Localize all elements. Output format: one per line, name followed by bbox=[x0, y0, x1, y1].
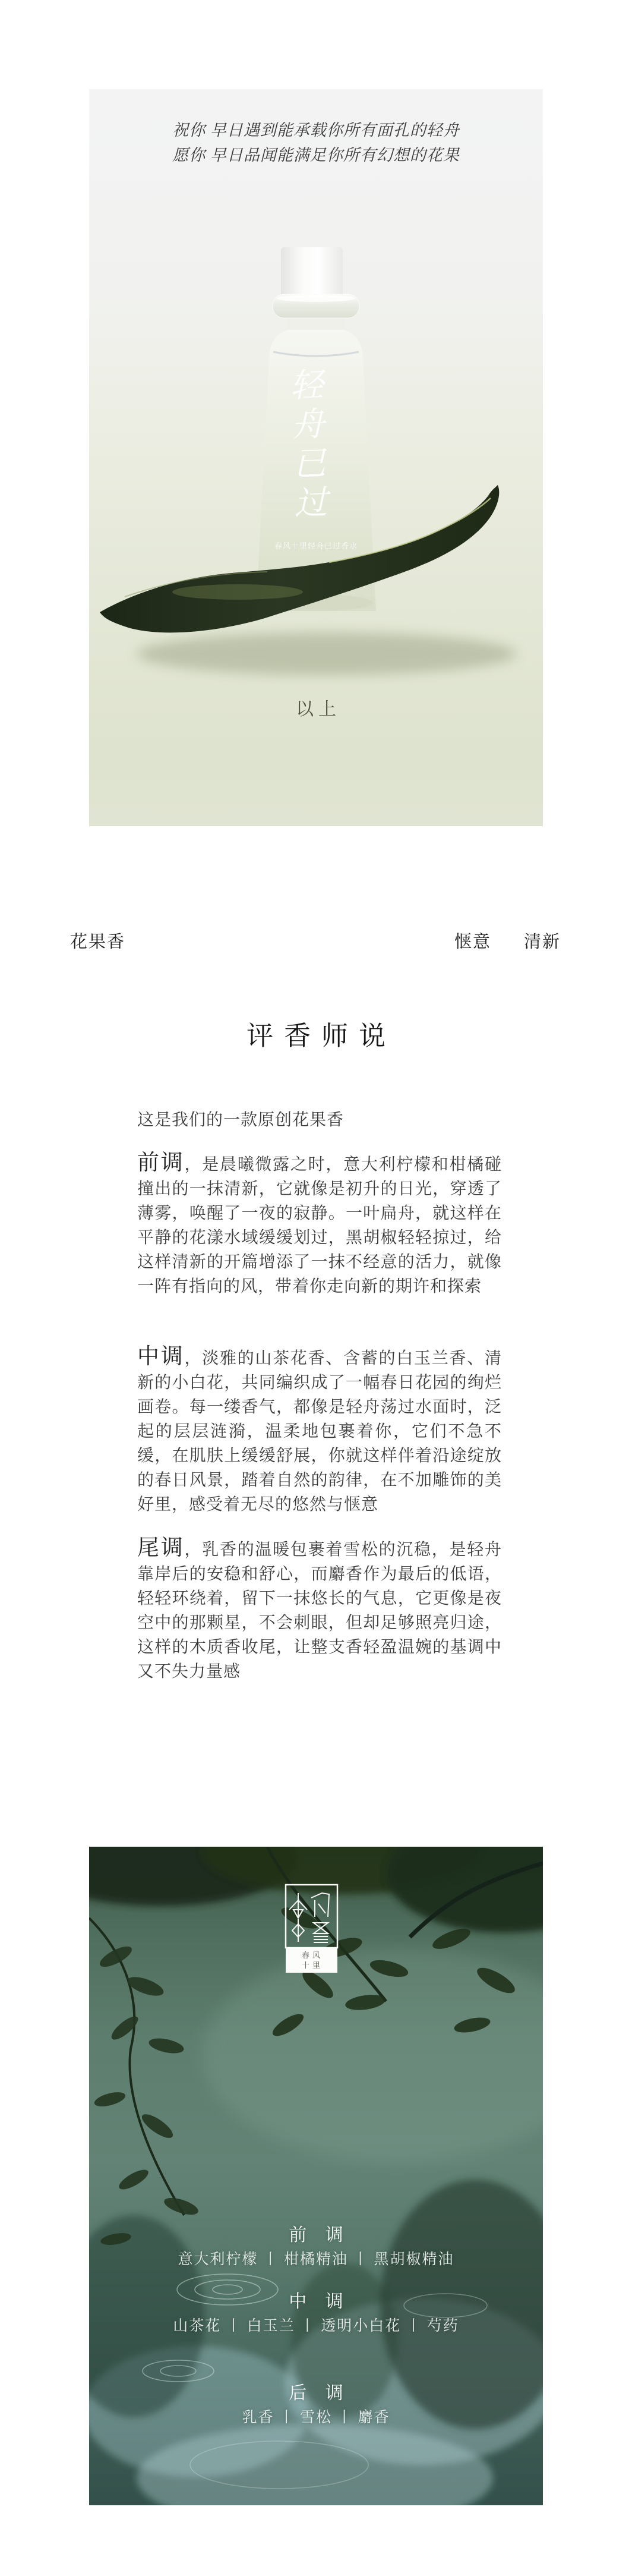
paragraph-top-note: 前调，是晨曦微露之时，意大利柠檬和柑橘碰撞出的一抹清新，它就像是初升的日光，穿透… bbox=[137, 1151, 502, 1299]
hero-product-photo: 祝你 早日遇到能承载你所有面孔的轻舟 愿你 早日品闻能满足你所有幻想的花果 bbox=[89, 89, 543, 826]
top-note-lead: 前调 bbox=[137, 1151, 184, 1175]
top-notes-title: 前 调 bbox=[89, 2220, 543, 2246]
middle-note-text: ，淡雅的山茶花香、含蓄的白玉兰香、清新的小白花，共同编织成了一幅春日花园的绚烂画… bbox=[137, 1349, 502, 1514]
section-title-perfumer-says: 评香师说 bbox=[0, 1014, 632, 1053]
mood-label-2: 清新 bbox=[524, 928, 561, 953]
mood-label-1: 惬意 bbox=[454, 928, 491, 953]
top-notes-items: 意大利柠檬 丨 柑橘精油 丨 黑胡椒精油 bbox=[89, 2247, 543, 2269]
middle-notes-title: 中 调 bbox=[89, 2287, 543, 2313]
review-intro: 这是我们的一款原创花果香 bbox=[137, 1107, 344, 1130]
product-detail-page: 祝你 早日遇到能承载你所有面孔的轻舟 愿你 早日品闻能满足你所有幻想的花果 bbox=[0, 0, 632, 2576]
base-notes-title: 后 调 bbox=[89, 2378, 543, 2404]
hero-tagline: 以上 bbox=[89, 694, 543, 720]
paragraph-base-note: 尾调，乳香的温暖包裹着雪松的沉稳，是轻舟靠岸后的安稳和舒心，而麝香作为最后的低语… bbox=[137, 1536, 502, 1684]
notes-water-photo: 春风 十里 前 调 意大利柠檬 丨 柑橘精油 丨 黑胡椒精油 中 调 山茶花 丨… bbox=[89, 1847, 543, 2505]
bottle-calligraphy: 轻舟已过 bbox=[285, 367, 327, 564]
middle-note-lead: 中调 bbox=[137, 1344, 184, 1369]
scent-family-label: 花果香 bbox=[70, 928, 125, 953]
middle-notes-items: 山茶花 丨 白玉兰 丨 透明小白花 丨 芍药 bbox=[89, 2314, 543, 2335]
leaf-shadow bbox=[137, 632, 517, 675]
logo-label-line-1: 春风 bbox=[302, 1951, 323, 1960]
logo-label-line-2: 十里 bbox=[302, 1961, 323, 1970]
bottle-caption-text: 春风十里轻舟已过香水 bbox=[245, 540, 387, 551]
top-note-text: ，是晨曦微露之时，意大利柠檬和柑橘碰撞出的一抹清新，它就像是初升的日光，穿透了薄… bbox=[137, 1155, 502, 1296]
base-notes-items: 乳香 丨 雪松 丨 麝香 bbox=[89, 2405, 543, 2427]
base-note-text: ，乳香的温暖包裹着雪松的沉稳，是轻舟靠岸后的安稳和舒心，而麝香作为最后的低语，轻… bbox=[137, 1541, 502, 1681]
paragraph-middle-note: 中调，淡雅的山茶花香、含蓄的白玉兰香、清新的小白花，共同编织成了一幅春日花园的绚… bbox=[137, 1344, 502, 1517]
base-note-lead: 尾调 bbox=[137, 1536, 184, 1560]
